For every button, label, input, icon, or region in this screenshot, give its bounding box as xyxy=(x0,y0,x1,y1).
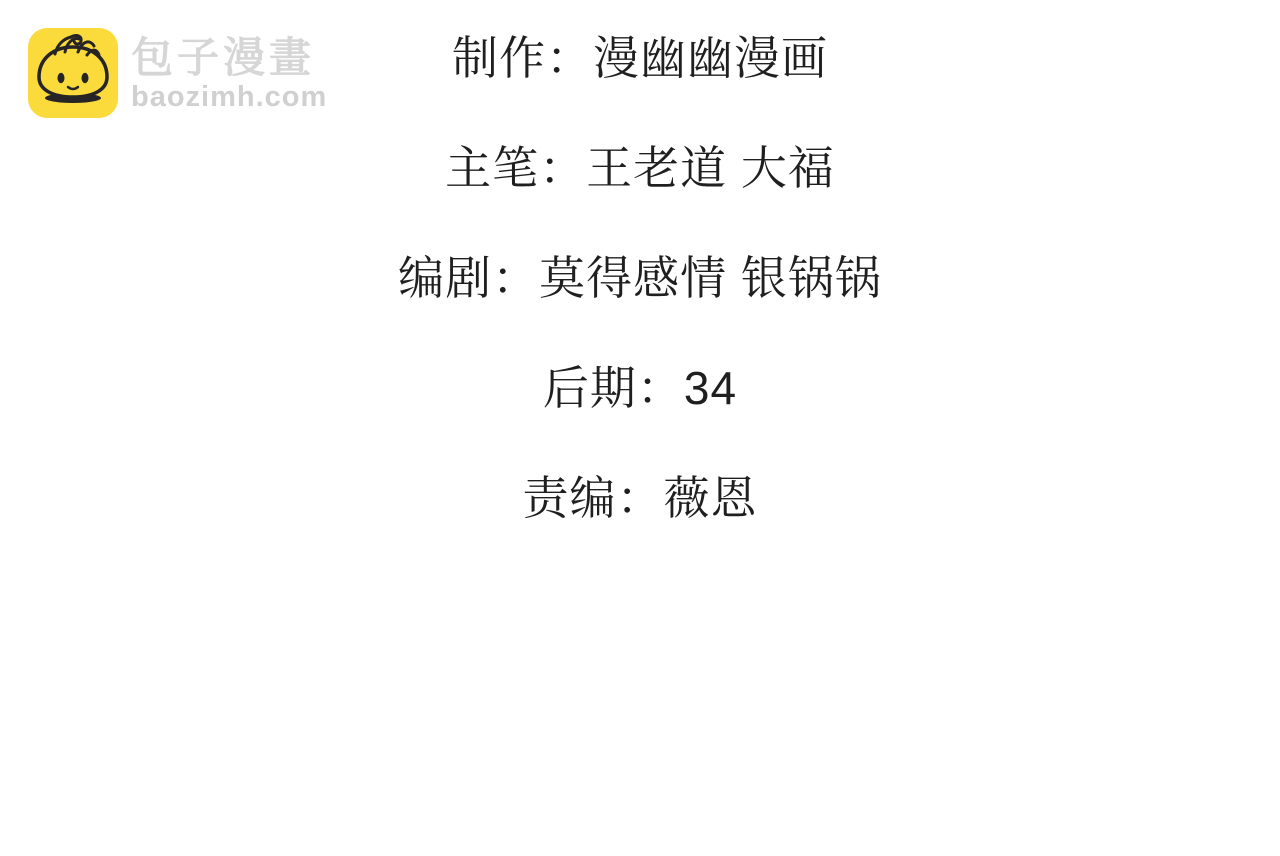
comic-credits-page: 包子漫畫 baozimh.com 制作：漫幽幽漫画 主笔：王老道 大福 编剧：莫… xyxy=(0,0,1280,856)
credits-list: 制作：漫幽幽漫画 主笔：王老道 大福 编剧：莫得感情 银锅锅 后期：34 责编：… xyxy=(0,0,1280,550)
credit-line-screenwriter: 编剧：莫得感情 银锅锅 xyxy=(0,220,1280,330)
credit-line-editor: 责编：薇恩 xyxy=(0,440,1280,550)
credit-line-post-production: 后期：34 xyxy=(0,330,1280,440)
credit-line-lead-artist: 主笔：王老道 大福 xyxy=(0,110,1280,220)
credit-line-production: 制作：漫幽幽漫画 xyxy=(0,0,1280,110)
